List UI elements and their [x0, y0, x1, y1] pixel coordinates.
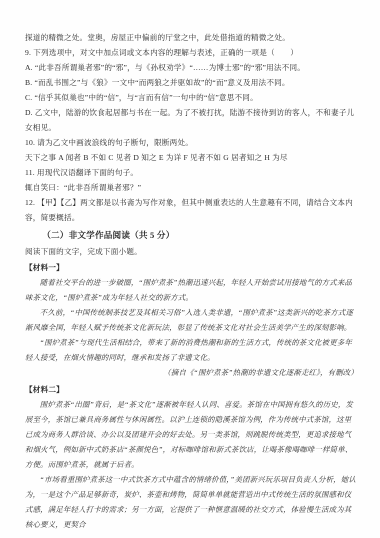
- question-10-stem: 10. 请为乙文中画波浪线的句子断句，限断两处。: [25, 135, 358, 150]
- question-10-sentence: 天下之事 A 闻者 B 不如 C 见者 D 知之 E 为详 F 见者不如 G 居…: [25, 150, 358, 165]
- question-12-stem: 12. 【甲】【乙】两文都是以书斋为写作对象，但其中侧重表达的人生意趣有不同，请…: [25, 195, 358, 225]
- footnote-continuation: 探道的精微之处。堂奥，房屋正中偏前的厅堂之中，此处借指道的精微之处。: [25, 30, 358, 45]
- section-2-heading: （二）非文学作品阅读（共 5 分）: [25, 228, 358, 243]
- material-1-paragraph-3: “围炉煮茶”与现代生活相结合，带来了新的消费热潮和新的生活方式，传统的茶文化被更…: [25, 335, 358, 365]
- question-11-stem: 11. 用现代汉语翻译下面的句子。: [25, 165, 358, 180]
- exam-paper-page: 探道的精微之处。堂奥，房屋正中偏前的厅堂之中，此处借指道的精微之处。 9. 下列…: [0, 0, 380, 538]
- question-9-option-b: B. “而乱书围之”与《狼》一文中“而两狼之并驱如故”的“而”意义及用法不同。: [25, 75, 358, 90]
- material-1-paragraph-1: 随着社交平台的进一步破圈，“围炉煮茶”热潮迅速兴起，年轻人开始尝试用接地气的方式…: [25, 275, 358, 305]
- material-2-label: 【材料二】: [25, 382, 358, 397]
- section-2-intro: 阅读下面的文字，完成下面小题。: [25, 244, 358, 259]
- material-1-paragraph-2: 不久前，“中国传统制茶技艺及其相关习俗”入选人类非遗，“围炉煮茶”这类新兴的吃茶…: [25, 305, 358, 335]
- question-9-option-c: C. “信乎其似巢也”中的“信”，与“言而有信”一句中的“信”意思不同。: [25, 90, 358, 105]
- question-9-option-a: A. “此非吾所谓巢者邪”的“邪”，与《孙权劝学》“……为博士邪”的“邪”用法不…: [25, 60, 358, 75]
- material-2-paragraph-1: 围炉煮茶“出圈”背后，是“茶文化”逐渐被年轻人认同、喜爱。茶馆在中国拥有悠久的历…: [25, 397, 358, 472]
- material-2-paragraph-2: “市场看重围炉煮茶这一中式饮茶方式中蕴含的情绪价值，”美团新兴玩乐项目负责人分析…: [25, 472, 358, 532]
- question-9-stem: 9. 下列选项中，对文中加点词或文本内容的理解与表述，正确的一项是（ ）: [25, 45, 358, 60]
- question-11-sentence: 辄自笑曰：“此非吾所谓巢者邪？”: [25, 180, 358, 195]
- material-1-label: 【材料一】: [25, 260, 358, 275]
- material-1-source: （摘自《“围炉煮茶”热潮的非遗文化逐渐走红》，有删改）: [25, 365, 358, 380]
- question-9-option-d: D. 乙文中，陆游的饮食起居都与书在一起。为了不被打扰，陆游不接待到访的客人，不…: [25, 105, 358, 135]
